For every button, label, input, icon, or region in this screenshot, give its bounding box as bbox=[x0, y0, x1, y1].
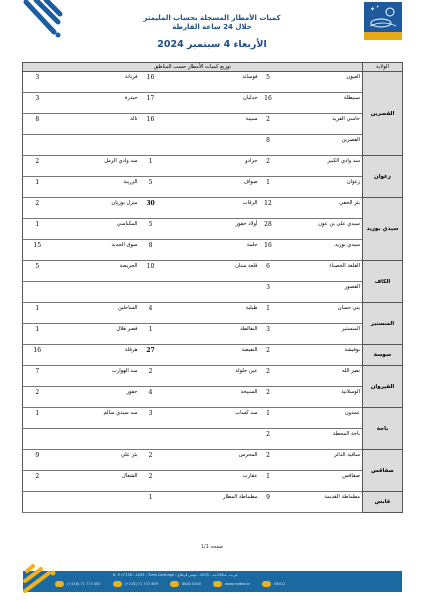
governorate-cell: باجة bbox=[363, 408, 403, 450]
rain-value: 1 bbox=[23, 408, 52, 429]
station-name: الساحلين bbox=[52, 303, 140, 324]
rain-value: 16 bbox=[140, 114, 162, 135]
rain-value bbox=[140, 282, 162, 303]
station-name: جدليان bbox=[162, 93, 260, 114]
sms-icon bbox=[262, 581, 271, 587]
footer-sms: 85012 bbox=[262, 581, 285, 587]
rain-value: 16 bbox=[23, 345, 52, 366]
station-name: أولاد حفوز bbox=[162, 219, 260, 240]
rain-value: 2 bbox=[23, 387, 52, 408]
rain-value bbox=[140, 429, 162, 450]
footer-address: B. P. n°156 - 2035 - Tunis Carthage - ص.… bbox=[113, 573, 238, 577]
rain-value: 3 bbox=[260, 282, 277, 303]
table-row: باجةعمدون1سد كساب3سد سيدي سالم1 bbox=[23, 408, 403, 429]
station-name: المنستير bbox=[277, 324, 363, 345]
table-row: زغوان1صواف5الزريبة1 bbox=[23, 177, 403, 198]
rain-value: 9 bbox=[260, 492, 277, 513]
station-name: حاسي الفريد bbox=[277, 114, 363, 135]
station-name: سيدي بوزيد bbox=[277, 240, 363, 261]
rain-value: 2 bbox=[23, 198, 52, 219]
station-name: ساقية الدائر bbox=[277, 450, 363, 471]
station-name: صواف bbox=[162, 177, 260, 198]
header-governorate: الولاية bbox=[363, 63, 403, 72]
station-name: القصور bbox=[277, 282, 363, 303]
station-name: القلعة الخصباء bbox=[277, 261, 363, 282]
table-row: صفاقس1عقارب2الشعال2 bbox=[23, 471, 403, 492]
station-name bbox=[52, 429, 140, 450]
rain-value: 2 bbox=[140, 450, 162, 471]
station-name: القصرين bbox=[277, 135, 363, 156]
table-row: القيرواننصر الله2عين جلولة2سد الهوارب7 bbox=[23, 366, 403, 387]
station-name: باجة المحطة bbox=[277, 429, 363, 450]
governorate-cell: المنستير bbox=[363, 303, 403, 345]
station-name: الوسلاتية bbox=[277, 387, 363, 408]
rain-value: 2 bbox=[260, 114, 277, 135]
table-row: المنستيربني حسان1طبلبة4الساحلين1 bbox=[23, 303, 403, 324]
rain-value: 4 bbox=[140, 387, 162, 408]
rain-value: 3 bbox=[140, 408, 162, 429]
rain-value: 16 bbox=[260, 93, 277, 114]
station-name: بئر الحفي bbox=[277, 198, 363, 219]
rain-value: 3 bbox=[260, 324, 277, 345]
governorate-cell: القصرين bbox=[363, 72, 403, 156]
rain-value: 5 bbox=[140, 219, 162, 240]
station-name: البقالطة bbox=[162, 324, 260, 345]
rain-value bbox=[23, 492, 52, 513]
footer-website[interactable]: www.meteo.tn bbox=[213, 581, 250, 587]
rain-value: 2 bbox=[23, 471, 52, 492]
table-row: القصرين8 bbox=[23, 135, 403, 156]
table-row: سيدي بوزيد16جلمة8سوق الجديد15 bbox=[23, 240, 403, 261]
station-name: عين جلولة bbox=[162, 366, 260, 387]
rain-value: 3 bbox=[23, 72, 52, 93]
rain-value: 1 bbox=[140, 156, 162, 177]
station-name: منزل بوزيان bbox=[52, 198, 140, 219]
governorate-cell: الكاف bbox=[363, 261, 403, 303]
station-name: بني حسان bbox=[277, 303, 363, 324]
table-row: سيدي بوزيدبئر الحفي12الرقاب30منزل بوزيان… bbox=[23, 198, 403, 219]
station-name: سيدي علي بن عون bbox=[277, 219, 363, 240]
rain-value: 2 bbox=[260, 429, 277, 450]
table-row: الكافالقلعة الخصباء6قلعة سنان10الجريصة5 bbox=[23, 261, 403, 282]
rain-value: 7 bbox=[23, 366, 52, 387]
table-row: باجة المحطة2 bbox=[23, 429, 403, 450]
station-name: سد سيدي سالم bbox=[52, 408, 140, 429]
rain-value: 1 bbox=[23, 177, 52, 198]
rain-value: 2 bbox=[23, 156, 52, 177]
fax-icon bbox=[113, 581, 122, 587]
rain-value: 1 bbox=[140, 324, 162, 345]
rain-value bbox=[23, 282, 52, 303]
rain-value: 28 bbox=[260, 219, 277, 240]
rain-value bbox=[23, 429, 52, 450]
station-name: نصر الله bbox=[277, 366, 363, 387]
table-row: سيدي علي بن عون28أولاد حفوز5المكناسي1 bbox=[23, 219, 403, 240]
station-name: طبلبة bbox=[162, 303, 260, 324]
rain-value: 1 bbox=[260, 177, 277, 198]
rain-value: 17 bbox=[140, 93, 162, 114]
station-name bbox=[162, 135, 260, 156]
rain-value: 4 bbox=[140, 303, 162, 324]
header-distribution: توزيع كميات الأمطار حسب المناطق bbox=[23, 63, 363, 72]
governorate-cell: سيدي بوزيد bbox=[363, 198, 403, 261]
rain-value: 16 bbox=[140, 72, 162, 93]
rain-value: 16 bbox=[260, 240, 277, 261]
station-name: سوق الجديد bbox=[52, 240, 140, 261]
table-row: زغوانسد وادي الكبير2جرادو1سد وادي الرمل2 bbox=[23, 156, 403, 177]
rain-value: 2 bbox=[260, 450, 277, 471]
station-name: قلعة سنان bbox=[162, 261, 260, 282]
station-name: الزريبة bbox=[52, 177, 140, 198]
station-name: السبيخة bbox=[162, 387, 260, 408]
title-line1: كميات الأمطار المسجلة بحساب المليمتر bbox=[0, 14, 424, 22]
station-name: سد الهوارب bbox=[52, 366, 140, 387]
station-name: الجريصة bbox=[52, 261, 140, 282]
globe-icon bbox=[213, 581, 222, 587]
rain-value: 12 bbox=[260, 198, 277, 219]
station-name: سد وادي الكبير bbox=[277, 156, 363, 177]
rain-value: 9 bbox=[23, 450, 52, 471]
rain-value: 3 bbox=[23, 93, 52, 114]
station-name bbox=[162, 282, 260, 303]
page-number: صفحة 1/1 bbox=[0, 544, 424, 550]
rain-value: 1 bbox=[140, 492, 162, 513]
rain-value bbox=[140, 135, 162, 156]
station-name: سبيبة bbox=[162, 114, 260, 135]
station-name: عمدون bbox=[277, 408, 363, 429]
station-name: المكناسي bbox=[52, 219, 140, 240]
rain-value: 8 bbox=[140, 240, 162, 261]
station-name bbox=[52, 492, 140, 513]
station-name: جلمة bbox=[162, 240, 260, 261]
rain-value: 1 bbox=[260, 408, 277, 429]
station-name bbox=[52, 282, 140, 303]
table-row: الوسلاتية2السبيخة4حفوز2 bbox=[23, 387, 403, 408]
governorate-cell: صفاقس bbox=[363, 450, 403, 492]
station-name: مطماطة القديمة bbox=[277, 492, 363, 513]
footer-hotline: 8840 0000 bbox=[170, 581, 201, 587]
svg-text:✦: ✦ bbox=[376, 4, 380, 9]
station-name: الرقاب bbox=[162, 198, 260, 219]
rain-value: 2 bbox=[260, 345, 277, 366]
station-name: عقارب bbox=[162, 471, 260, 492]
rain-value: 1 bbox=[23, 219, 52, 240]
station-name: فوسانة bbox=[162, 72, 260, 93]
station-name: الشعال bbox=[52, 471, 140, 492]
rain-value: 1 bbox=[260, 303, 277, 324]
table-row: صفاقسساقية الدائر2المحرس2بئر علي9 bbox=[23, 450, 403, 471]
governorate-cell: سوسة bbox=[363, 345, 403, 366]
station-name: فريانة bbox=[52, 72, 140, 93]
governorate-cell: قابس bbox=[363, 492, 403, 513]
table-row: حاسي الفريد2سبيبة16تالة8 bbox=[23, 114, 403, 135]
footer-stripes-icon bbox=[23, 563, 63, 593]
rain-value: 27 bbox=[140, 345, 162, 366]
rain-value: 10 bbox=[140, 261, 162, 282]
report-date: الأربعاء 4 سبتمبر 2024 bbox=[0, 39, 424, 50]
station-name: سد كساب bbox=[162, 408, 260, 429]
rain-value bbox=[23, 135, 52, 156]
title-line2: خلال 24 ساعة الفارطة bbox=[0, 23, 424, 31]
footer-bar: B. P. n°156 - 2035 - Tunis Carthage - ص.… bbox=[23, 571, 402, 592]
station-name: بوفيشة bbox=[277, 345, 363, 366]
governorate-cell: زغوان bbox=[363, 156, 403, 198]
station-name: العيون bbox=[277, 72, 363, 93]
station-name bbox=[52, 135, 140, 156]
station-name: زغوان bbox=[277, 177, 363, 198]
rain-value: 5 bbox=[23, 261, 52, 282]
station-name: تالة bbox=[52, 114, 140, 135]
station-name: حيدرة bbox=[52, 93, 140, 114]
rain-value: 5 bbox=[260, 72, 277, 93]
svg-text:✦: ✦ bbox=[370, 6, 375, 13]
rain-value: 1 bbox=[23, 324, 52, 345]
footer-fax: (+216) 71 772 609 bbox=[113, 581, 159, 587]
station-name: هرقلة bbox=[52, 345, 140, 366]
station-name: قصر هلال bbox=[52, 324, 140, 345]
rain-value: 15 bbox=[23, 240, 52, 261]
table-row: سبيطلة16جدليان17حيدرة3 bbox=[23, 93, 403, 114]
rainfall-table: الولاية توزيع كميات الأمطار حسب المناطق … bbox=[22, 62, 403, 513]
rain-value: 8 bbox=[23, 114, 52, 135]
footer-contacts: (+216) 71 773 400 (+216) 71 772 609 8840… bbox=[55, 581, 285, 587]
rain-value: 2 bbox=[140, 366, 162, 387]
station-name: مطماطة المطار bbox=[162, 492, 260, 513]
rain-value: 8 bbox=[260, 135, 277, 156]
station-name: المحرس bbox=[162, 450, 260, 471]
table-row: سوسةبوفيشة2النفيضة27هرقلة16 bbox=[23, 345, 403, 366]
station-name: سد وادي الرمل bbox=[52, 156, 140, 177]
station-name: سبيطلة bbox=[277, 93, 363, 114]
rain-value: 2 bbox=[260, 366, 277, 387]
station-name: بئر علي bbox=[52, 450, 140, 471]
table-row: القصرينالعيون5فوسانة16فريانة3 bbox=[23, 72, 403, 93]
rain-value: 5 bbox=[140, 177, 162, 198]
rain-value: 2 bbox=[260, 156, 277, 177]
station-name bbox=[162, 429, 260, 450]
rain-value: 1 bbox=[260, 471, 277, 492]
rain-value: 30 bbox=[140, 198, 162, 219]
table-row: قابسمطماطة القديمة9مطماطة المطار1 bbox=[23, 492, 403, 513]
hotline-icon bbox=[170, 581, 179, 587]
rain-value: 2 bbox=[260, 387, 277, 408]
station-name: حفوز bbox=[52, 387, 140, 408]
rain-value: 2 bbox=[140, 471, 162, 492]
rain-value: 1 bbox=[23, 303, 52, 324]
station-name: النفيضة bbox=[162, 345, 260, 366]
governorate-cell: القيروان bbox=[363, 366, 403, 408]
station-name: جرادو bbox=[162, 156, 260, 177]
station-name: صفاقس bbox=[277, 471, 363, 492]
table-row: المنستير3البقالطة1قصر هلال1 bbox=[23, 324, 403, 345]
rain-value: 6 bbox=[260, 261, 277, 282]
table-row: القصور3 bbox=[23, 282, 403, 303]
